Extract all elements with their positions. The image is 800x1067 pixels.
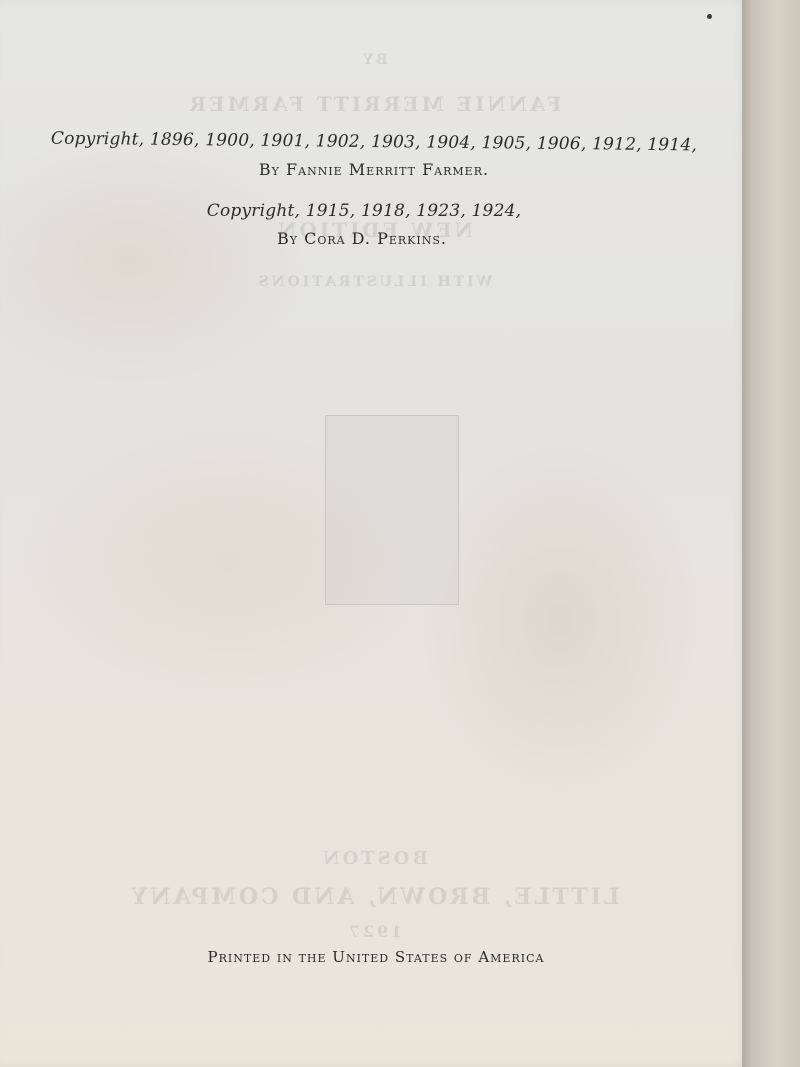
book-gutter [742, 0, 800, 1067]
bleed-through-city: BOSTON [0, 848, 748, 869]
bleed-through-year: 1927 [0, 922, 748, 941]
bleed-through-emblem [325, 415, 459, 605]
book-page-photo: BY FANNIE MERRITT FARMER NEW EDITION WIT… [0, 0, 800, 1067]
bleed-through-author: FANNIE MERRITT FARMER [0, 92, 748, 116]
ink-speck [707, 14, 712, 19]
bleed-through-by: BY [0, 52, 748, 68]
imprint-line: Printed in the United States of America [2, 948, 750, 966]
copyright-page: BY FANNIE MERRITT FARMER NEW EDITION WIT… [0, 0, 748, 1067]
author-line-1: By Fannie Merritt Farmer. [0, 160, 748, 179]
copyright-line-1: Copyright, 1896, 1900, 1901, 1902, 1903,… [0, 128, 748, 156]
author-line-2: By Cora D. Perkins. [0, 229, 736, 248]
bleed-through-illustrations: WITH ILLUSTRATIONS [0, 274, 748, 290]
copyright-line-2: Copyright, 1915, 1918, 1923, 1924, [0, 201, 738, 221]
bleed-through-publisher: LITTLE, BROWN, AND COMPANY [0, 884, 748, 910]
